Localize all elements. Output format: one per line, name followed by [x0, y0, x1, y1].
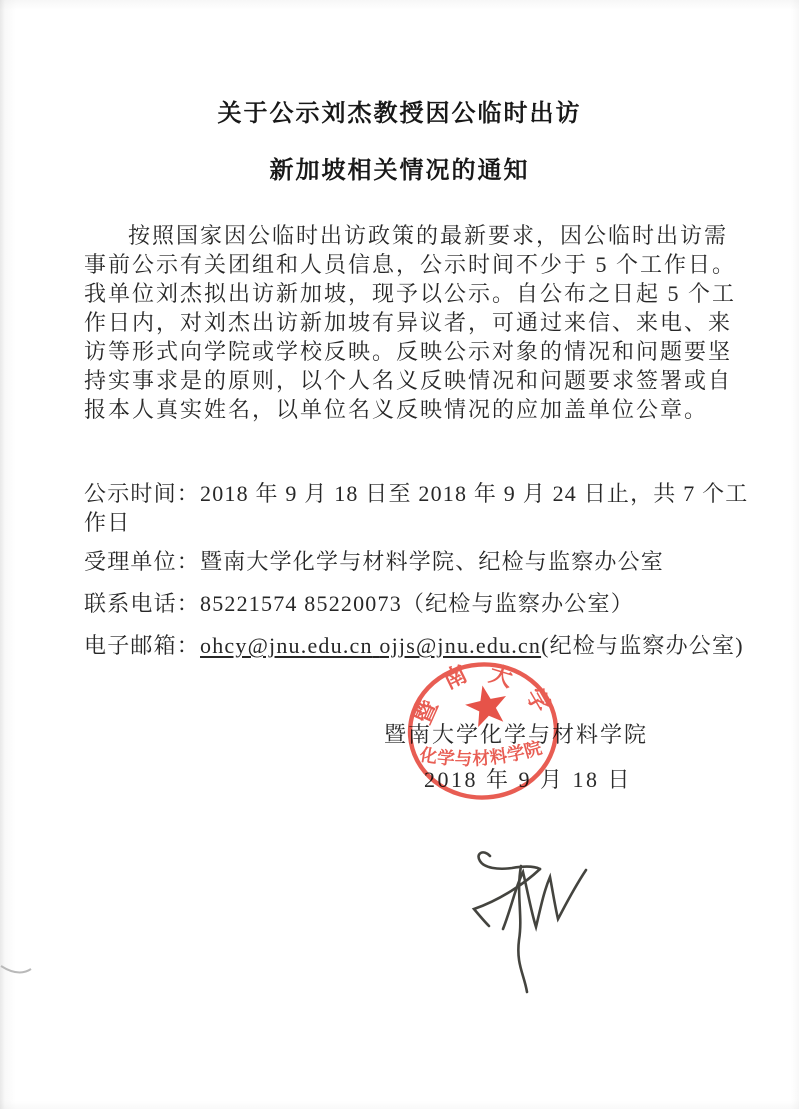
seal-university-char-3: 大 [486, 661, 515, 692]
paragraph-line: 事前公示有关团组和人员信息，公示时间不少于 5 个工作日。 [84, 250, 736, 279]
signature-org: 暨南大学化学与材料学院 [384, 718, 648, 749]
contact-email-line: 电子邮箱：ohcy@jnu.edu.cn ojjs@jnu.edu.cn(纪检与… [84, 631, 744, 660]
paragraph-line: 访等形式向学院或学校反映。反映公示对象的情况和问题要坚 [84, 337, 736, 366]
publicity-period-line2: 作日 [84, 508, 130, 537]
paragraph-line: 持实事求是的原则，以个人名义反映情况和问题要求签署或自 [84, 366, 736, 395]
signature-date: 2018 年 9 月 18 日 [424, 763, 632, 794]
notice-body-paragraph: 按照国家因公临时出访政策的最新要求，因公临时出访需事前公示有关团组和人员信息，公… [84, 221, 736, 424]
scan-smudge-mark [1, 966, 31, 973]
contact-phone-line: 联系电话：85221574 85220073（纪检与监察办公室） [84, 589, 634, 618]
paragraph-line: 作日内，对刘杰出访新加坡有异议者，可通过来信、来电、来 [84, 308, 736, 337]
paragraph-line: 报本人真实姓名，以单位名义反映情况的应加盖单位公章。 [84, 395, 736, 424]
notice-title-line2: 新加坡相关情况的通知 [0, 150, 799, 185]
paragraph-line: 我单位刘杰拟出访新加坡，现予以公示。自公布之日起 5 个工 [84, 279, 736, 308]
email-address-2: ojjs@jnu.edu.cn [379, 633, 541, 658]
publicity-period-line1: 公示时间：2018 年 9 月 18 日至 2018 年 9 月 24 日止，共… [84, 479, 749, 508]
accepting-unit-line: 受理单位：暨南大学化学与材料学院、纪检与监察办公室 [84, 547, 664, 576]
email-address-1: ohcy@jnu.edu.cn [200, 633, 373, 658]
seal-university-char-4: 学 [521, 684, 555, 717]
scanned-notice-page: 关于公示刘杰教授因公临时出访 新加坡相关情况的通知 按照国家因公临时出访政策的最… [0, 0, 799, 1109]
email-label: 电子邮箱： [84, 633, 200, 658]
paragraph-line: 按照国家因公临时出访政策的最新要求，因公临时出访需 [84, 221, 736, 250]
seal-university-char-2: 南 [439, 660, 471, 693]
handwritten-signature [474, 852, 586, 992]
notice-title-line1: 关于公示刘杰教授因公临时出访 [0, 93, 799, 128]
email-suffix: (纪检与监察办公室) [541, 633, 744, 658]
email-addresses: ohcy@jnu.edu.cn ojjs@jnu.edu.cn [200, 633, 541, 658]
